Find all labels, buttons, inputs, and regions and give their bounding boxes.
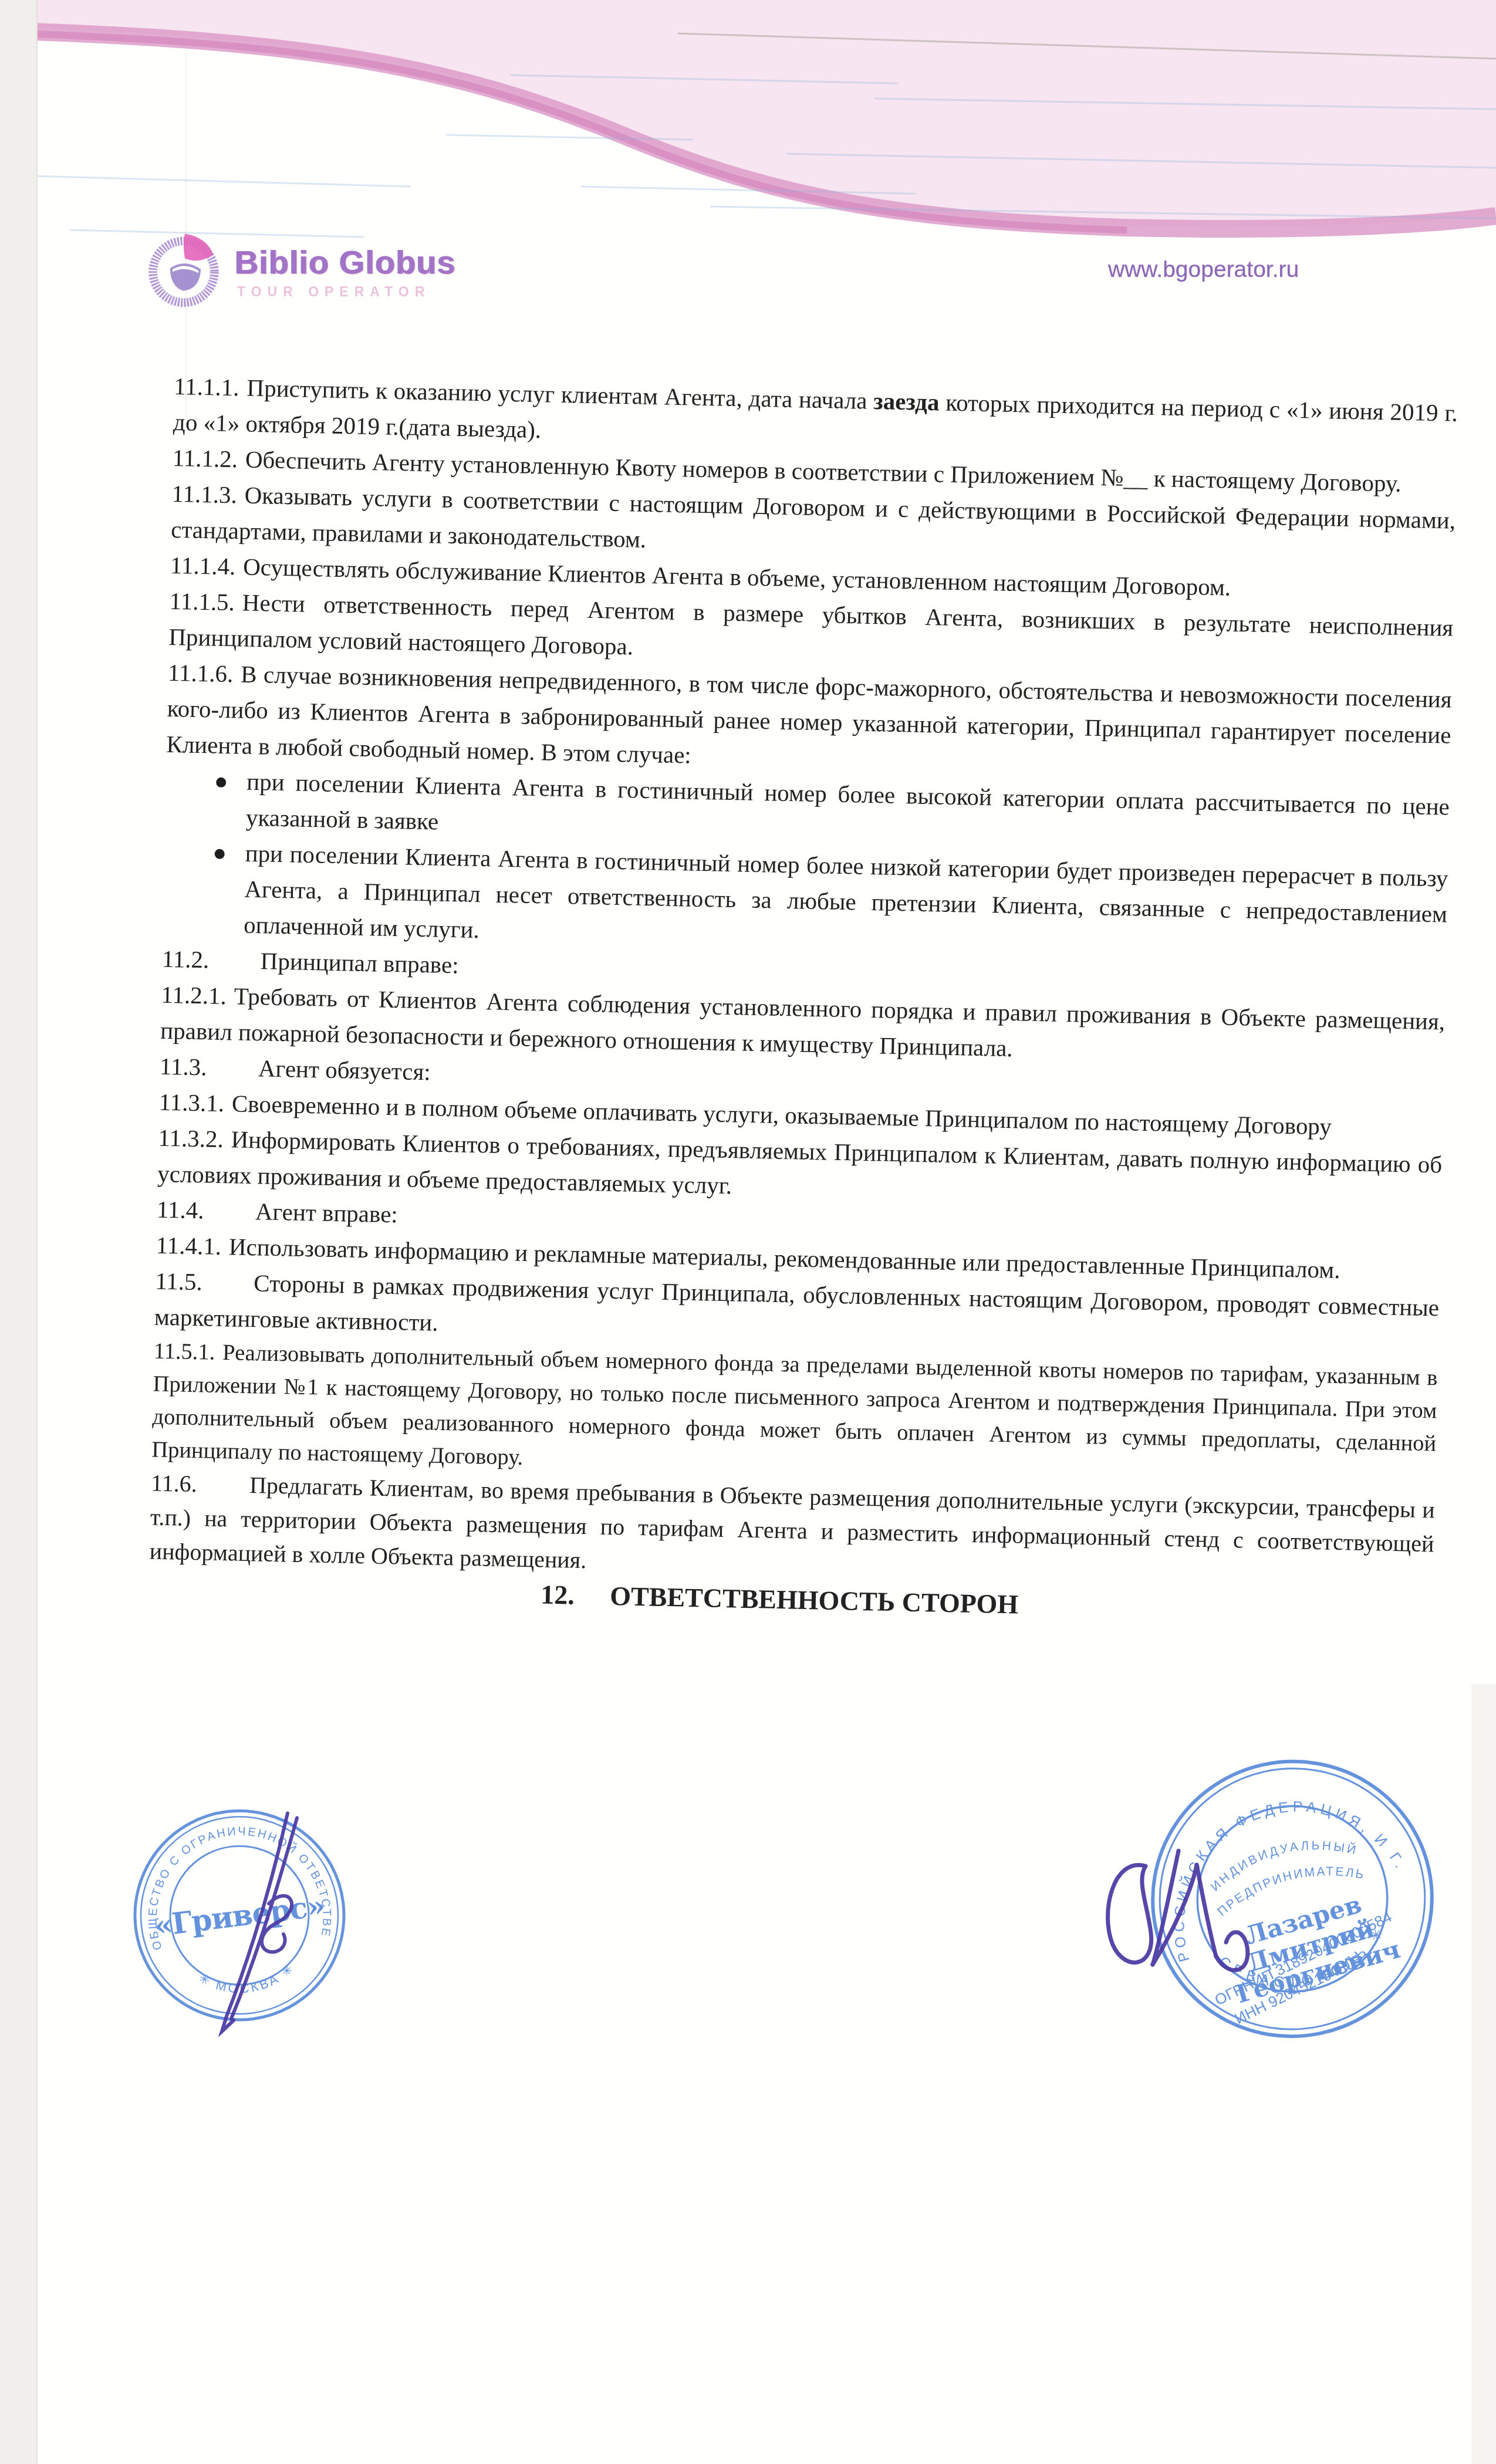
website-url: www.bgoperator.ru (1108, 257, 1299, 283)
scanner-edge-right (1471, 1684, 1496, 2464)
biblio-globus-logo: Biblio Globus TOUR OPERATOR (148, 230, 676, 312)
section-title: ОТВЕТСТВЕННОСТЬ СТОРОН (610, 1581, 1019, 1620)
logo-subtitle: TOUR OPERATOR (237, 284, 430, 300)
signature-left (194, 1800, 358, 2041)
contract-text: 11.1.1.Приступить к оказанию услуг клиен… (148, 369, 1458, 1631)
letterhead-wave-decoration (0, 0, 1496, 258)
logo-title: Biblio Globus (235, 243, 456, 281)
section-number: 12. (541, 1577, 610, 1614)
wave-field (0, 0, 1496, 227)
scanned-contract-page: Biblio Globus TOUR OPERATOR www.bgoperat… (0, 0, 1496, 2464)
clause-11-5-1: 11.5.1.Реализовывать дополнительный объе… (151, 1335, 1438, 1493)
scanner-edge-left (0, 0, 38, 2464)
bullet-dot-icon (216, 778, 226, 787)
globe-icon (148, 230, 222, 307)
bullet-dot-icon (215, 849, 225, 859)
signature-right (1089, 1830, 1289, 2000)
settlement-cases-list: при поселении Клиента Агента в гостиничн… (163, 762, 1450, 968)
